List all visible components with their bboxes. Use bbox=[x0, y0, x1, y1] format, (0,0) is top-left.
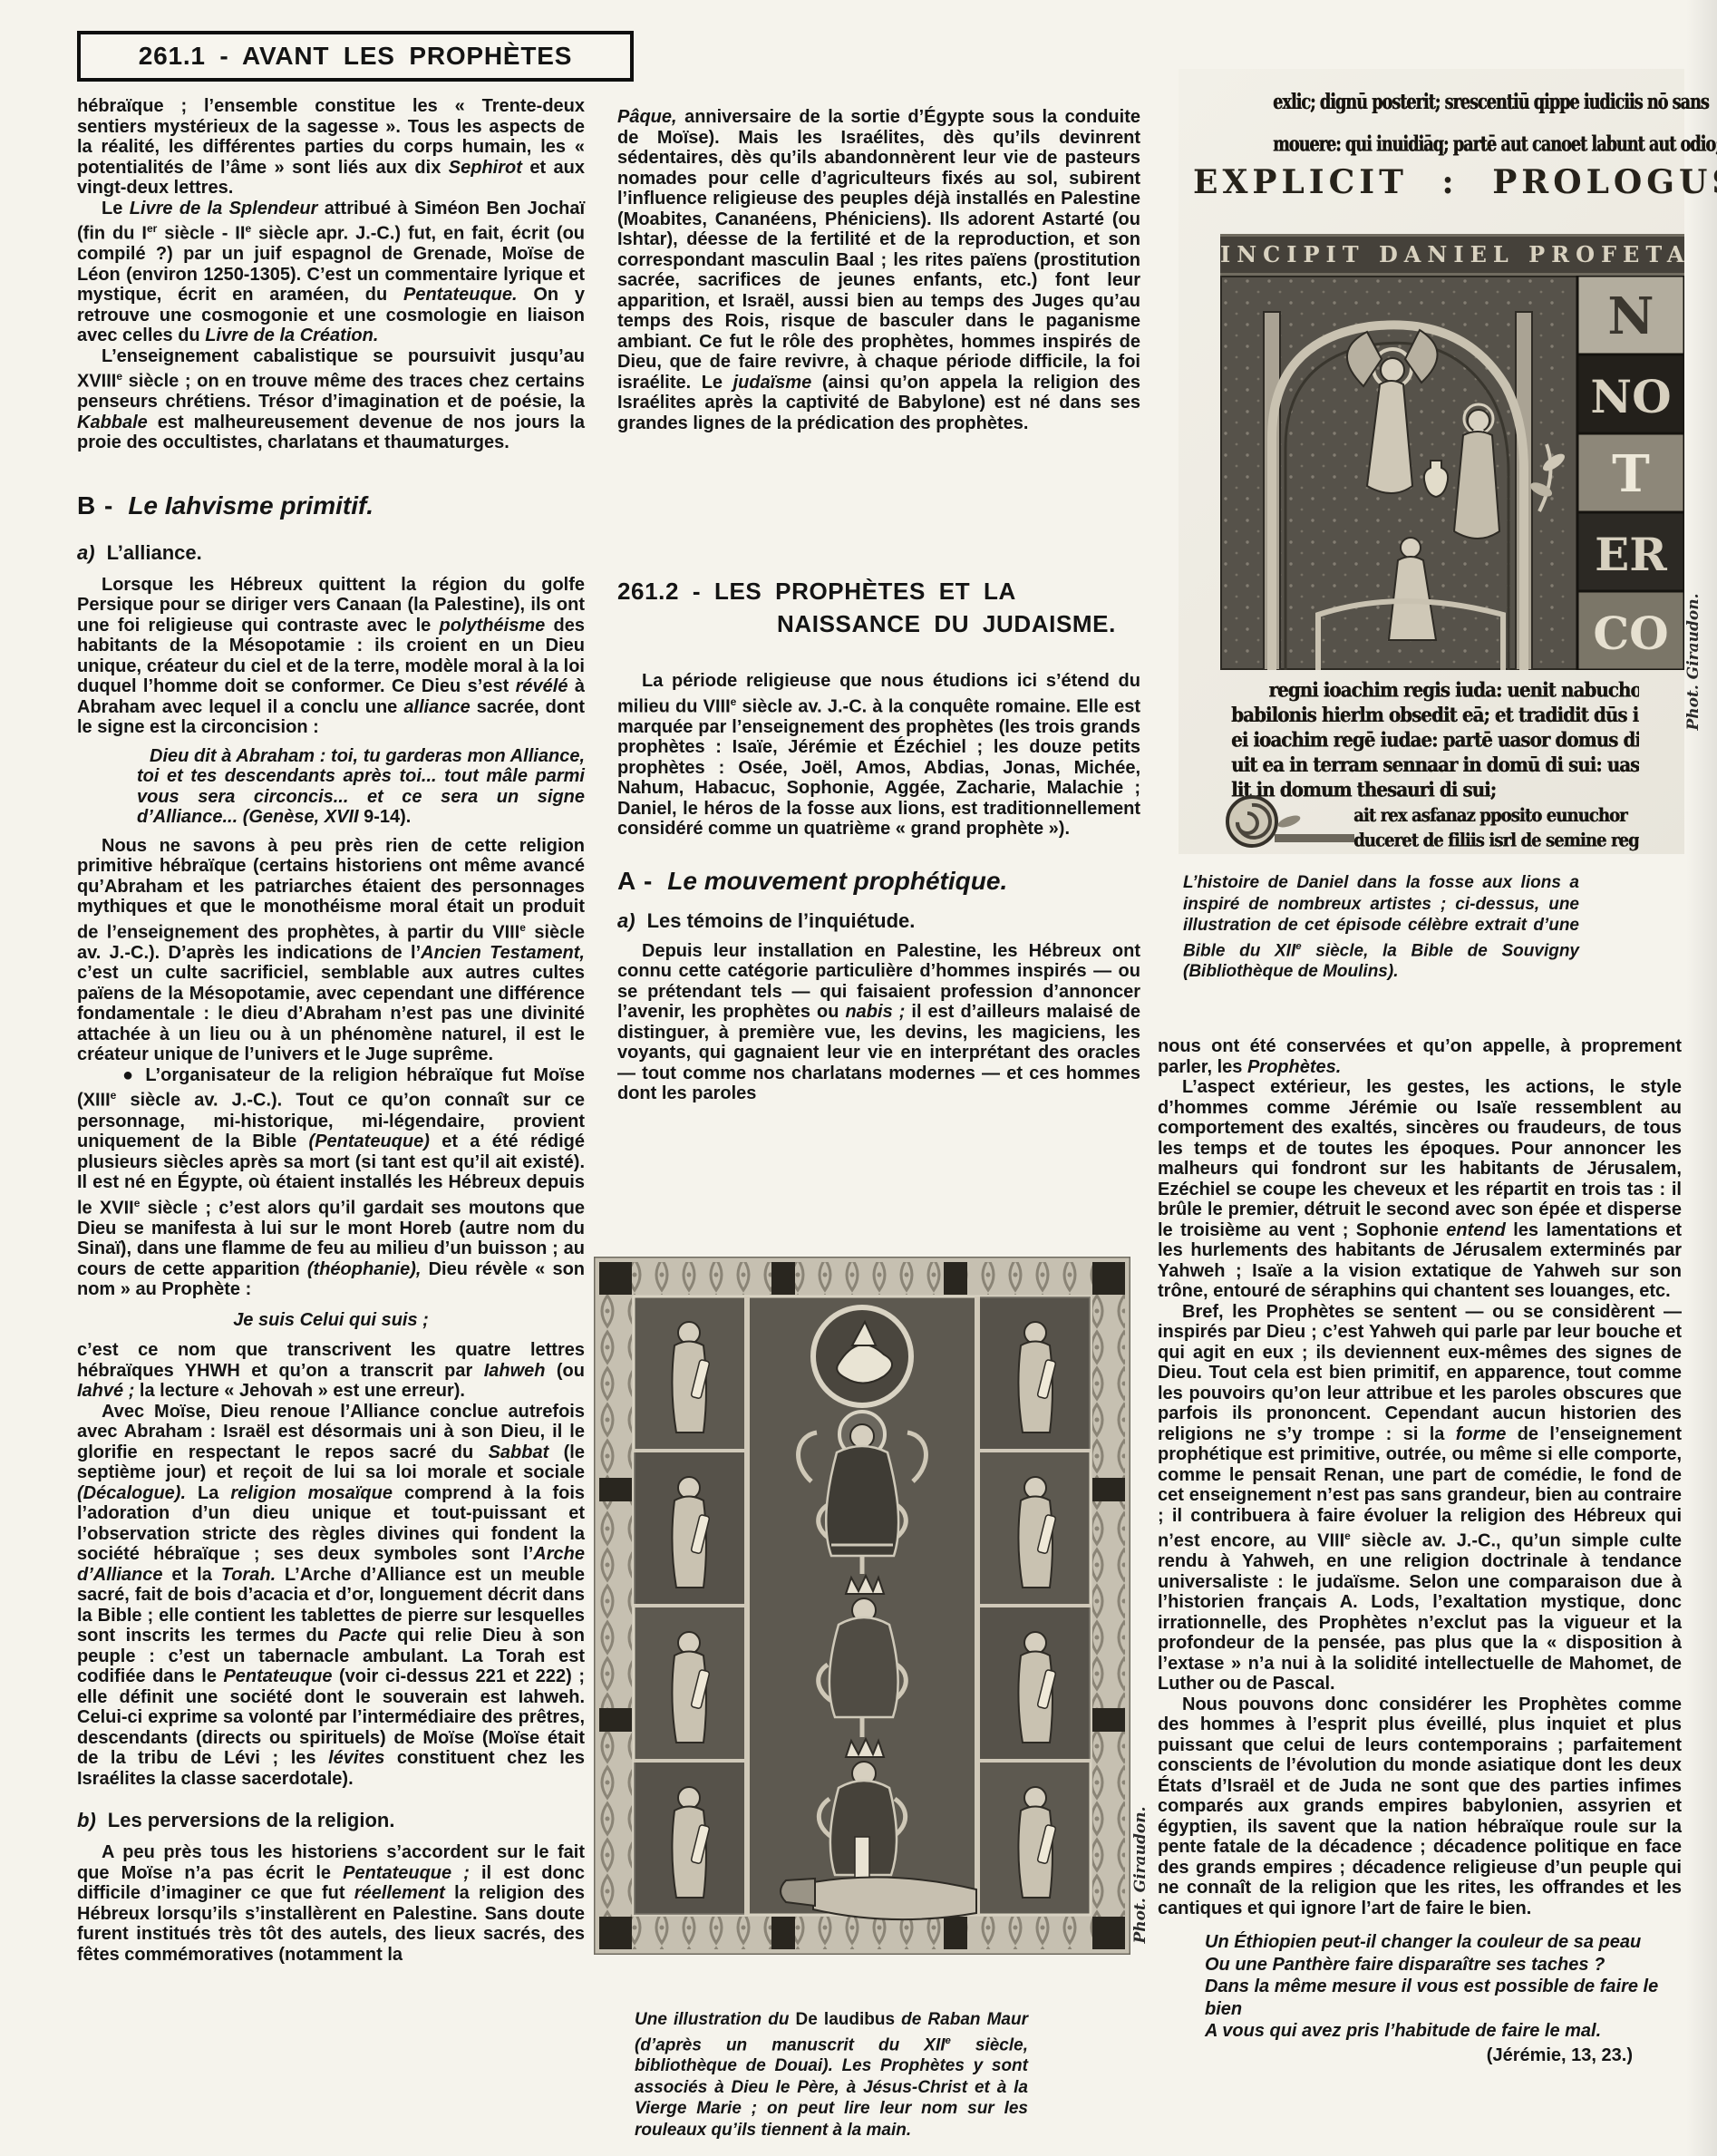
jeremiah-verse: Un Éthiopien peut-il changer la couleur … bbox=[1205, 1931, 1682, 2066]
paragraph: Bref, les Prophètes se sentent — ou se c… bbox=[1158, 1302, 1682, 1695]
document-page: { "header": {"title": "261.1 - AVANT LES… bbox=[0, 0, 1717, 2156]
heading-letter: A - bbox=[617, 867, 653, 895]
scan-shadow bbox=[1686, 0, 1717, 2156]
initial-letter: NO bbox=[1590, 370, 1671, 423]
explicit-prologus-line: EXPLICIT : PROLOGUS : bbox=[1193, 163, 1683, 201]
daniel-figure bbox=[1401, 538, 1421, 558]
verse-line: Un Éthiopien peut-il changer la couleur … bbox=[1205, 1931, 1682, 1954]
column-2: Pâque, anniversaire de la sortie d’Égypt… bbox=[617, 107, 1140, 1104]
subheading-letter: b) bbox=[77, 1809, 96, 1831]
centered-quote: Je suis Celui qui suis ; bbox=[77, 1310, 585, 1331]
initial-letter: CO bbox=[1593, 607, 1668, 660]
daniel-manuscript-illustration: exlic; dignū posterit; srescentiū qippe … bbox=[1179, 69, 1684, 854]
paragraph: ● L’organisateur de la religion hébraïqu… bbox=[77, 1065, 585, 1300]
heading-title: Le Iahvisme primitif. bbox=[128, 491, 373, 520]
subheading-temoins-inquietude: a)Les témoins de l’inquiétude. bbox=[617, 909, 1140, 932]
subheading-perversions: b)Les perversions de la religion. bbox=[77, 1809, 585, 1831]
column-3: nous ont été conservées et qu’on appelle… bbox=[1158, 1036, 1682, 2066]
paragraph: nous ont été conservées et qu’on appelle… bbox=[1158, 1036, 1682, 1077]
paragraph: L’aspect extérieur, les gestes, les acti… bbox=[1158, 1077, 1682, 1302]
subheading-letter: a) bbox=[617, 909, 635, 932]
heading-iahvisme-primitif: B -Le Iahvisme primitif. bbox=[77, 491, 585, 520]
heading-title: Le mouvement prophétique. bbox=[667, 867, 1007, 895]
scripture-quote: Dieu dit à Abraham : toi, tu garderas mo… bbox=[137, 746, 585, 828]
initials-column: N NO T ER CO bbox=[1577, 276, 1684, 670]
initial-letter: T bbox=[1612, 444, 1650, 504]
manuscript-line: babilonis hierlm obsedit eā; et tradidit… bbox=[1231, 704, 1639, 729]
manuscript-line: regni ioachim regis iuda: uenit nabuchod… bbox=[1231, 678, 1639, 704]
heading-line: NAISSANCE DU JUDAISME. bbox=[617, 607, 1140, 640]
manuscript-line: mouere: qui inuidiāq; partē aut canoet l… bbox=[1273, 123, 1679, 165]
subheading-letter: a) bbox=[77, 541, 95, 564]
subheading-title: Les perversions de la religion. bbox=[108, 1809, 395, 1831]
ornamental-initial-art bbox=[1222, 794, 1358, 852]
jesse-tree-illustration bbox=[594, 1257, 1130, 1955]
paragraph: c’est ce nom que transcrivent les quatre… bbox=[77, 1340, 585, 1402]
initial-letter: ER bbox=[1595, 528, 1667, 581]
paragraph: A peu près tous les historiens s’accorde… bbox=[77, 1842, 585, 1965]
verse-attribution: (Jérémie, 13, 23.) bbox=[1205, 2044, 1682, 2067]
paragraph: Nous ne savons à peu près rien de cette … bbox=[77, 836, 585, 1065]
paragraph: L’enseignement cabalistique se poursuivi… bbox=[77, 346, 585, 453]
initial-letter: N bbox=[1607, 286, 1654, 346]
ornamental-initial bbox=[1222, 794, 1358, 852]
column-1: hébraïque ; l’ensemble constitue les « T… bbox=[77, 96, 585, 1965]
verse-line: Dans la même mesure il vous est possible… bbox=[1205, 1976, 1682, 2020]
paragraph: La période religieuse que nous étudions … bbox=[617, 671, 1140, 840]
heading-mouvement-prophetique: A -Le mouvement prophétique. bbox=[617, 867, 1140, 895]
section-header-box: 261.1 - AVANT LES PROPHÈTES bbox=[77, 31, 634, 82]
prophet-head bbox=[1468, 410, 1489, 432]
manuscript-line: ei ioachim regē iudae: partē uasor domus… bbox=[1231, 728, 1639, 753]
heading-line: 261.2 - LES PROPHÈTES ET LA bbox=[617, 578, 1016, 605]
daniel-illumination-art: N NO T ER CO bbox=[1220, 276, 1684, 670]
daniel-figure-caption: L’histoire de Daniel dans la fosse aux l… bbox=[1183, 872, 1579, 983]
paragraph: Depuis leur installation en Palestine, l… bbox=[617, 941, 1140, 1104]
paragraph: Lorsque les Hébreux quittent la région d… bbox=[77, 575, 585, 738]
subheading-alliance: a)L’alliance. bbox=[77, 541, 585, 564]
verse-line: Ou une Panthère faire disparaître ses ta… bbox=[1205, 1954, 1682, 1976]
heading-261-2: 261.2 - LES PROPHÈTES ET LA NAISSANCE DU… bbox=[617, 575, 1140, 640]
paragraph: hébraïque ; l’ensemble constitue les « T… bbox=[77, 96, 585, 199]
daniel-illumination: N NO T ER CO bbox=[1220, 276, 1684, 670]
manuscript-line: exlic; dignū posterit; srescentiū qippe … bbox=[1273, 82, 1679, 123]
subheading-title: Les témoins de l’inquiétude. bbox=[647, 909, 916, 932]
jesse-tree-art bbox=[594, 1257, 1130, 1955]
manuscript-gothic-text: exlic; dignū posterit; srescentiū qippe … bbox=[1273, 82, 1679, 166]
photo-credit: Phot. Giraudon. bbox=[1131, 1784, 1150, 1966]
subheading-title: L’alliance. bbox=[107, 541, 202, 564]
heading-letter: B - bbox=[77, 491, 113, 520]
manuscript-line: uit ea in terram sennaar in domū di sui:… bbox=[1231, 753, 1639, 779]
paragraph: Nous pouvons donc considérer les Prophèt… bbox=[1158, 1695, 1682, 1919]
paragraph: Avec Moïse, Dieu renoue l’Alliance concl… bbox=[77, 1402, 585, 1790]
section-title: 261.1 - AVANT LES PROPHÈTES bbox=[139, 42, 573, 71]
jesse-figure-caption: Une illustration du De laudibus de Raban… bbox=[635, 2009, 1028, 2141]
paragraph: Pâque, anniversaire de la sortie d’Égypt… bbox=[617, 107, 1140, 433]
photo-credit: Phot. Giraudon. bbox=[1684, 571, 1702, 753]
verse-line: A vous qui avez pris l’habitude de faire… bbox=[1205, 2020, 1682, 2043]
incipit-daniel-band: INCIPIT DANIEL PROFETA bbox=[1220, 234, 1684, 276]
paragraph: Le Livre de la Splendeur attribué à Simé… bbox=[77, 199, 585, 346]
